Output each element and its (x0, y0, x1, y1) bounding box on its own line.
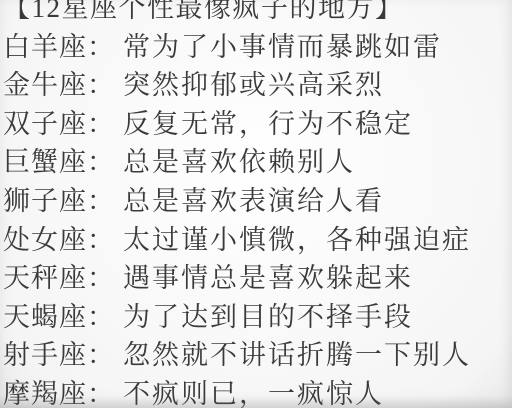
colon-separator: ： (87, 340, 115, 370)
zodiac-sign: 白羊座 (3, 32, 87, 62)
zodiac-line-capricorn: 摩羯座：不疯则已，一疯惊人 (3, 375, 471, 408)
zodiac-sign: 摩羯座 (3, 379, 87, 408)
zodiac-line-scorpio: 天蝎座：为了达到目的不择手段 (3, 298, 471, 337)
zodiac-line-libra: 天秤座：遇事情总是喜欢躲起来 (3, 259, 471, 298)
zodiac-line-virgo: 处女座：太过谨小慎微，各种强迫症 (3, 221, 471, 260)
colon-separator: ： (87, 70, 115, 100)
zodiac-sign: 金牛座 (3, 70, 87, 100)
zodiac-desc: 为了达到目的不择手段 (123, 302, 413, 332)
colon-separator: ： (87, 302, 115, 332)
colon-separator: ： (87, 186, 115, 216)
zodiac-sign: 天秤座 (3, 263, 87, 293)
colon-separator: ： (87, 263, 115, 293)
zodiac-desc: 总是喜欢表演给人看 (123, 186, 384, 216)
zodiac-line-aries: 白羊座：常为了小事情而暴跳如雷 (3, 28, 471, 67)
colon-separator: ： (87, 32, 115, 62)
page-title: 【12星座个性最像疯子的地方】 (3, 0, 471, 28)
colon-separator: ： (87, 225, 115, 255)
zodiac-text-block: 【12星座个性最像疯子的地方】 白羊座：常为了小事情而暴跳如雷 金牛座：突然抑郁… (3, 0, 471, 408)
zodiac-desc: 反复无常，行为不稳定 (123, 109, 413, 139)
zodiac-desc: 不疯则已，一疯惊人 (123, 379, 384, 408)
zodiac-sign: 双子座 (3, 109, 87, 139)
zodiac-desc: 总是喜欢依赖别人 (123, 147, 355, 177)
zodiac-desc: 突然抑郁或兴高采烈 (123, 70, 384, 100)
zodiac-desc: 忽然就不讲话折腾一下别人 (123, 340, 471, 370)
zodiac-sign: 狮子座 (3, 186, 87, 216)
zodiac-desc: 太过谨小慎微，各种强迫症 (123, 225, 471, 255)
zodiac-desc: 遇事情总是喜欢躲起来 (123, 263, 413, 293)
zodiac-line-gemini: 双子座：反复无常，行为不稳定 (3, 105, 471, 144)
zodiac-sign: 处女座 (3, 225, 87, 255)
colon-separator: ： (87, 109, 115, 139)
zodiac-line-sagittarius: 射手座：忽然就不讲话折腾一下别人 (3, 336, 471, 375)
colon-separator: ： (87, 147, 115, 177)
zodiac-sign: 巨蟹座 (3, 147, 87, 177)
zodiac-line-taurus: 金牛座：突然抑郁或兴高采烈 (3, 66, 471, 105)
zodiac-line-cancer: 巨蟹座：总是喜欢依赖别人 (3, 143, 471, 182)
colon-separator: ： (87, 379, 115, 408)
zodiac-desc: 常为了小事情而暴跳如雷 (123, 32, 442, 62)
zodiac-sign: 天蝎座 (3, 302, 87, 332)
zodiac-line-leo: 狮子座：总是喜欢表演给人看 (3, 182, 471, 221)
page-title-text: 【12星座个性最像疯子的地方】 (3, 0, 404, 23)
zodiac-sign: 射手座 (3, 340, 87, 370)
